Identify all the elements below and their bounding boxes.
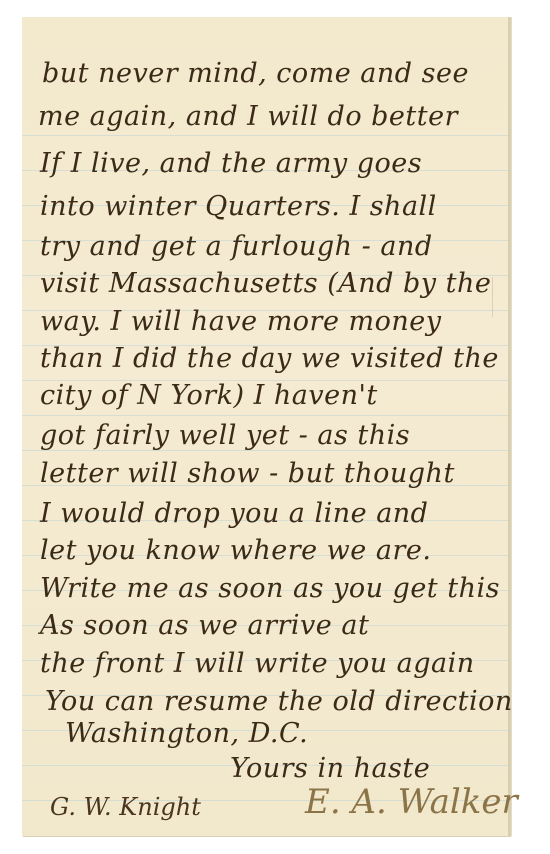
letter-closing: Yours in haste xyxy=(230,755,430,782)
ruled-line xyxy=(22,415,508,416)
letter-line-18: Washington, D.C. xyxy=(65,720,308,747)
letter-line-12: I would drop you a line and xyxy=(40,500,428,527)
letter-line-5: try and get a furlough - and xyxy=(40,233,433,260)
letter-line-1: but never mind, come and see xyxy=(42,60,469,87)
letter-line-15: As soon as we arrive at xyxy=(40,612,369,639)
letter-line-2: me again, and I will do better xyxy=(38,103,458,130)
letter-line-9: city of N York) I haven't xyxy=(40,382,378,409)
letter-line-7: way. I will have more money xyxy=(40,308,442,335)
letter-line-8: than I did the day we visited the xyxy=(40,345,499,372)
letter-line-4: into winter Quarters. I shall xyxy=(40,193,437,220)
letter-line-10: got fairly well yet - as this xyxy=(40,422,410,449)
letter-line-16: the front I will write you again xyxy=(40,650,475,677)
letter-line-14: Write me as soon as you get this xyxy=(40,575,500,602)
signature-right: E. A. Walker xyxy=(305,785,518,819)
letter-line-17: You can resume the old direction xyxy=(45,688,513,715)
signature-left: G. W. Knight xyxy=(50,795,201,819)
ruled-line xyxy=(22,135,508,136)
letter-line-13: let you know where we are. xyxy=(40,537,431,564)
letter-line-6: visit Massachusetts (And by the xyxy=(40,270,491,297)
letter-line-3: If I live, and the army goes xyxy=(40,150,422,177)
letter-line-11: letter will show - but thought xyxy=(40,460,455,487)
paper-crease xyxy=(492,277,493,317)
